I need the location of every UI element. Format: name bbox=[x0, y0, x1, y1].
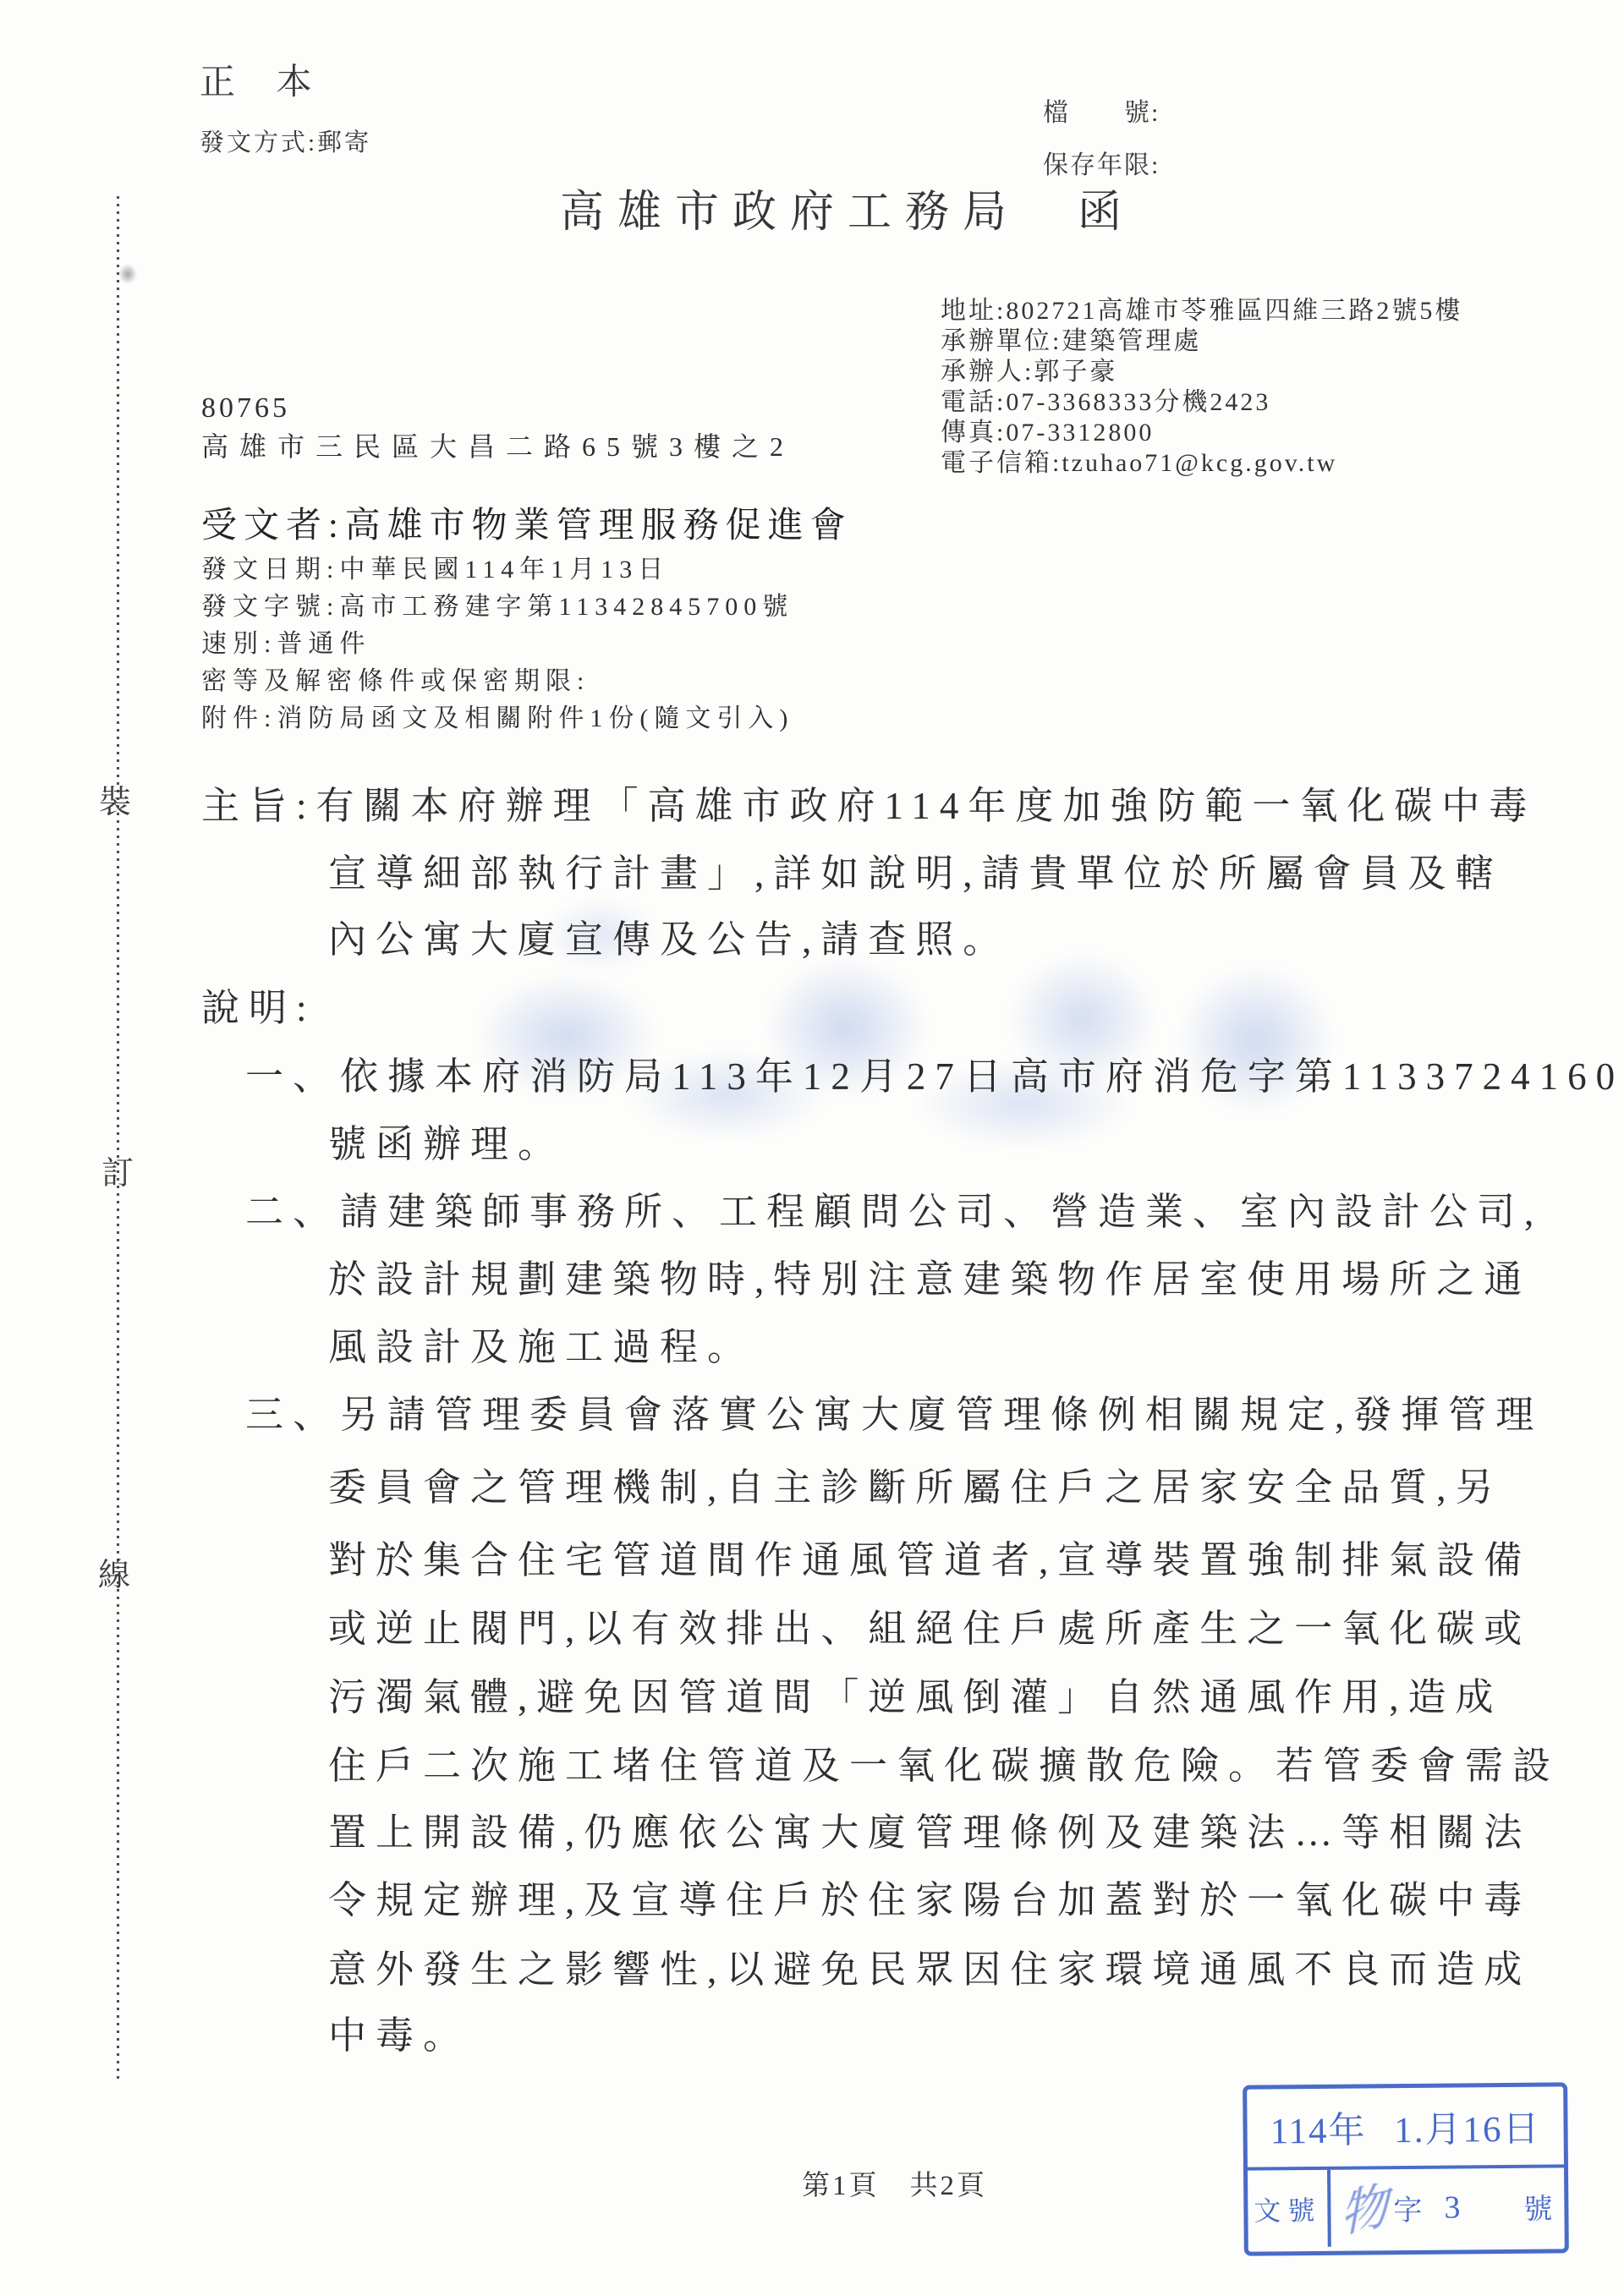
item3-line: 令規定辦理,及宣導住戶於住家陽台加蓋對於一氧化碳中毒 bbox=[328, 1869, 1531, 1924]
stamp-hao-char: 號 bbox=[1523, 2185, 1552, 2227]
item1-line: 號函辦理。 bbox=[328, 1113, 565, 1168]
item3-line: 污濁氣體,避免因管道間「逆風倒灌」自然通風作用,造成 bbox=[328, 1666, 1503, 1721]
item3-line: 置上開設備,仍應依公寓大廈管理條例及建築法…等相關法 bbox=[328, 1801, 1531, 1856]
document-title: 高雄市政府工務局 函 bbox=[560, 176, 1135, 239]
recipient-address: 高雄市三民區大昌二路65號3樓之2 bbox=[201, 425, 794, 464]
item3-line: 住戶二次施工堵住管道及一氧化碳擴散危險。若管委會需設 bbox=[328, 1734, 1560, 1789]
file-number-label: 檔 號: bbox=[1043, 91, 1160, 129]
item2-line: 二、請建築師事務所、工程顧問公司、營造業、室內設計公司, bbox=[245, 1181, 1543, 1236]
sender-fax: 傳真:07-3312800 bbox=[941, 418, 1462, 448]
dispatch-meta-block: 發文日期:中華民國114年1月13日 發文字號:高市工務建字第113428457… bbox=[201, 551, 793, 737]
item2-line: 於設計規劃建築物時,特別注意建築物作居室使用場所之通 bbox=[328, 1248, 1531, 1303]
dispatch-speed: 速別:普通件 bbox=[201, 626, 793, 663]
dispatch-date: 發文日期:中華民國114年1月13日 bbox=[201, 551, 793, 589]
sender-phone: 電話:07-3368333分機2423 bbox=[941, 387, 1462, 418]
copy-type-label: 正 本 bbox=[200, 54, 317, 105]
subject-line: 主旨:有關本府辦理「高雄市政府114年度加強防範一氧化碳中毒 bbox=[201, 775, 1536, 830]
item3-line: 中毒。 bbox=[328, 2004, 470, 2059]
stamp-handwritten-char: 物 bbox=[1338, 2164, 1389, 2247]
sender-address: 地址:802721高雄市苓雅區四維三路2號5樓 bbox=[941, 296, 1462, 326]
item1-line: 一、依據本府消防局113年12月27日高市府消危字第11337241600 bbox=[245, 1045, 1624, 1100]
item3-line: 意外發生之影響性,以避免民眾因住家環境通風不良而造成 bbox=[328, 1938, 1531, 1993]
sender-unit: 承辦單位:建築管理處 bbox=[941, 326, 1462, 357]
item3-line: 三、另請管理委員會落實公寓大廈管理條例相關規定,發揮管理 bbox=[245, 1384, 1543, 1438]
stamp-doc-number-label: 文號 bbox=[1248, 2170, 1331, 2248]
subject-line: 內公寓大廈宣傳及公告,請查照。 bbox=[328, 908, 1010, 963]
item3-line: 或逆止閥門,以有效排出、組絕住戶處所產生之一氧化碳或 bbox=[328, 1597, 1531, 1652]
scan-smudge bbox=[118, 264, 137, 284]
dispatch-attachment: 附件:消防局函文及相關附件1份(隨文引入) bbox=[201, 700, 793, 737]
sender-email: 電子信箱:tzuhao71@kcg.gov.tw bbox=[941, 448, 1462, 479]
item3-line: 委員會之管理機制,自主診斷所屬住戶之居家安全品質,另 bbox=[328, 1456, 1503, 1511]
stamp-doc-number-value: 物 字 3 號 bbox=[1330, 2167, 1565, 2246]
subject-line: 宣導細部執行計畫」,詳如說明,請貴單位於所屬會員及轄 bbox=[328, 842, 1503, 897]
recipient-line: 受文者:高雄市物業管理服務促進會 bbox=[201, 497, 853, 548]
binding-mark-ding: 訂 bbox=[101, 1147, 134, 1193]
received-date-stamp: 114年 1.月16日 文號 物 字 3 號 bbox=[1243, 2082, 1569, 2255]
dispatch-doc-number: 發文字號:高市工務建字第11342845700號 bbox=[201, 589, 793, 626]
stamp-date: 114年 1.月16日 bbox=[1247, 2086, 1564, 2170]
official-letter-page: 正 本 發文方式:郵寄 檔 號: 保存年限: 高雄市政府工務局 函 地址:802… bbox=[0, 0, 1624, 2296]
sender-contact-block: 地址:802721高雄市苓雅區四維三路2號5樓 承辦單位:建築管理處 承辦人:郭… bbox=[941, 296, 1462, 479]
explanation-label: 說明: bbox=[201, 977, 316, 1032]
recipient-zip: 80765 bbox=[201, 392, 290, 425]
binding-mark-xian: 線 bbox=[98, 1548, 130, 1595]
binding-mark-zhuang: 裝 bbox=[99, 775, 131, 822]
item3-line: 對於集合住宅管道間作通風管道者,宣導裝置強制排氣設備 bbox=[328, 1529, 1531, 1584]
stamp-zi-char: 字 bbox=[1393, 2187, 1422, 2228]
stamp-number: 3 bbox=[1444, 2189, 1460, 2226]
item2-line: 風設計及施工過程。 bbox=[328, 1316, 754, 1371]
dispatch-security: 密等及解密條件或保密期限: bbox=[201, 663, 793, 700]
dispatch-method: 發文方式:郵寄 bbox=[200, 123, 371, 158]
binding-dotted-line bbox=[117, 196, 119, 2082]
page-number: 第1頁 共2頁 bbox=[802, 2163, 987, 2203]
sender-contact-person: 承辦人:郭子豪 bbox=[941, 357, 1462, 387]
